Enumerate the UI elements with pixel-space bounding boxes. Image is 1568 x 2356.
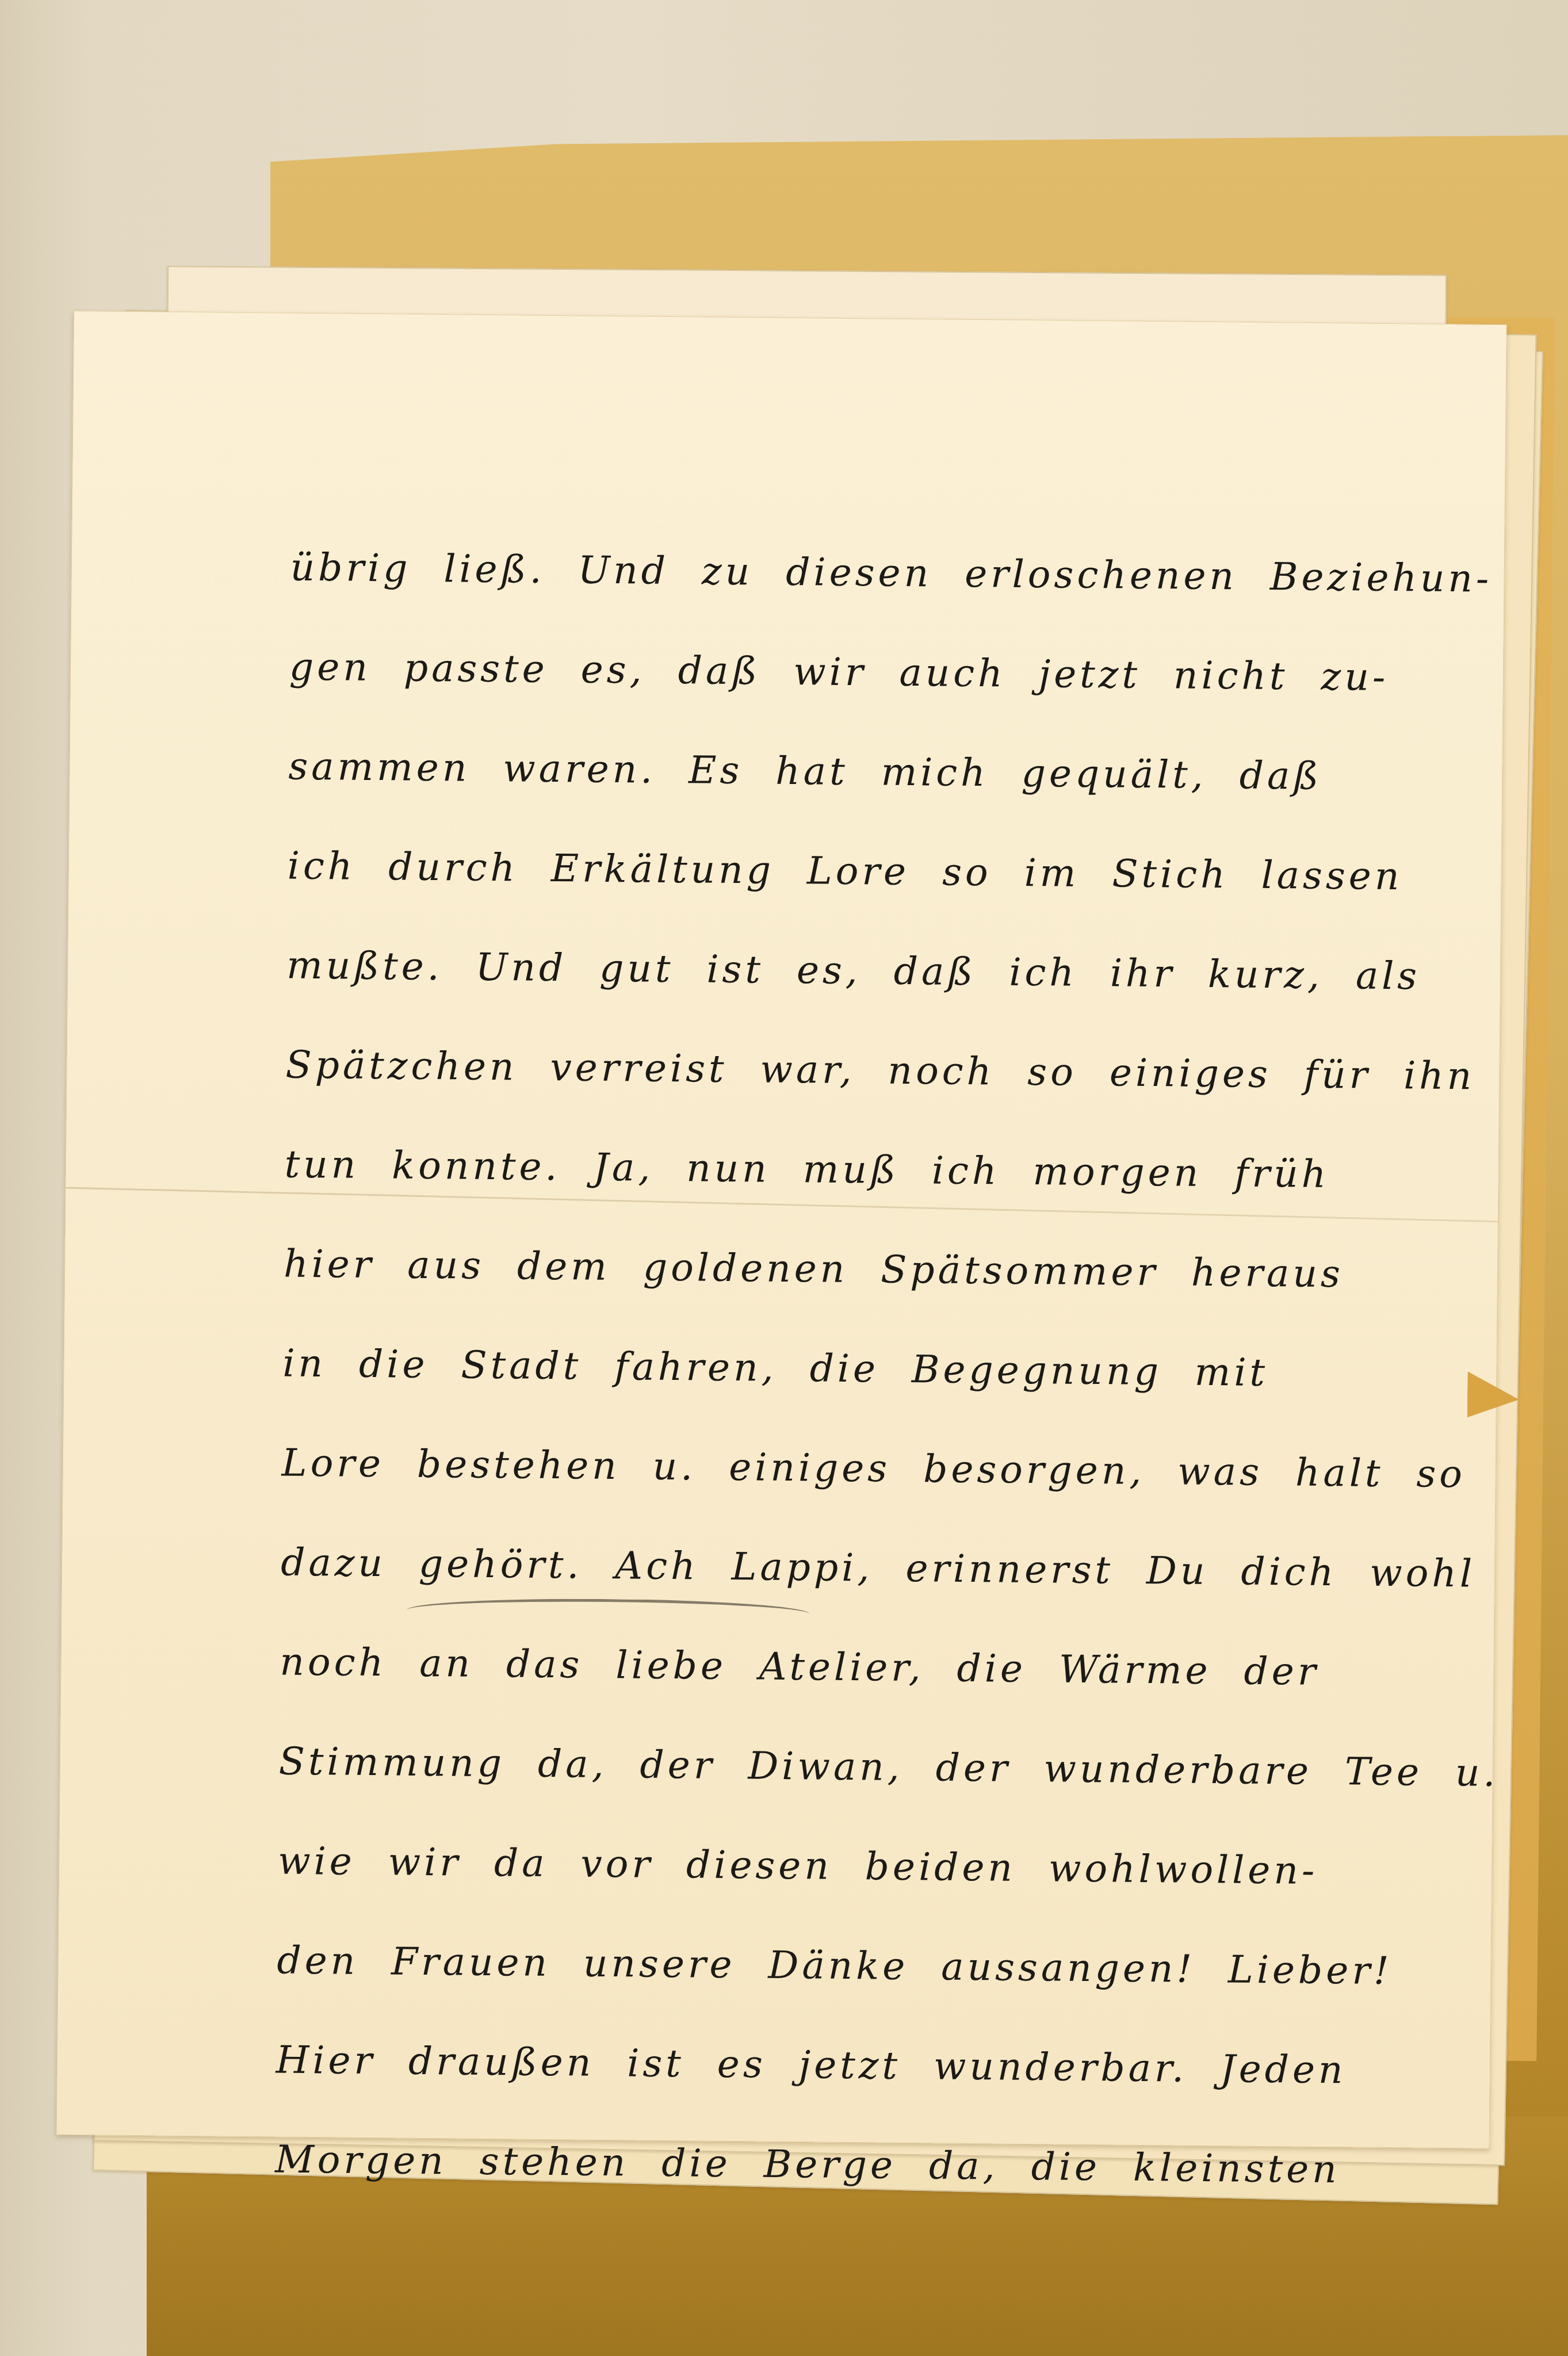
letter-line: wie wir da vor diesen beiden wohlwollen- <box>277 1811 1475 1922</box>
letter-line: Lore bestehen u. einiges besorgen, was h… <box>281 1413 1479 1524</box>
letter-line: den Frauen unsere Dänke aussangen! Liebe… <box>277 1911 1474 2022</box>
letter-line: Morgen stehen die Berge da, die kleinste… <box>274 2110 1472 2221</box>
letter-body: übrig ließ. Und zu diesen erloschenen Be… <box>274 518 1487 2221</box>
letter-line: Stimmung da, der Diwan, der wunderbare T… <box>278 1712 1476 1823</box>
letter-line: dazu gehört. Ach Lappi, erinnerst Du dic… <box>280 1513 1478 1624</box>
letter-line: übrig ließ. Und zu diesen erloschenen Be… <box>290 518 1487 629</box>
letter-line: mußte. Und gut ist es, daß ich ihr kurz,… <box>286 916 1483 1027</box>
letter-line: hier aus dem goldenen Spätsommer heraus <box>283 1214 1481 1325</box>
letter-line: noch an das liebe Atelier, die Wärme der <box>280 1612 1477 1723</box>
letter-line: tun konnte. Ja, nun muß ich morgen früh <box>284 1115 1482 1226</box>
letter-line: sammen waren. Es hat mich gequält, daß <box>288 717 1486 828</box>
letter-line: in die Stadt fahren, die Begegnung mit <box>282 1314 1480 1425</box>
letter-line: ich durch Erkältung Lore so im Stich las… <box>287 816 1485 927</box>
letter-page: übrig ließ. Und zu diesen erloschenen Be… <box>56 311 1507 2149</box>
letter-line: gen passte es, daß wir auch jetzt nicht … <box>289 617 1486 728</box>
letter-line: Hier draußen ist es jetzt wunderbar. Jed… <box>276 2010 1473 2121</box>
letter-line: Spätzchen verreist war, noch so einiges … <box>285 1015 1483 1126</box>
